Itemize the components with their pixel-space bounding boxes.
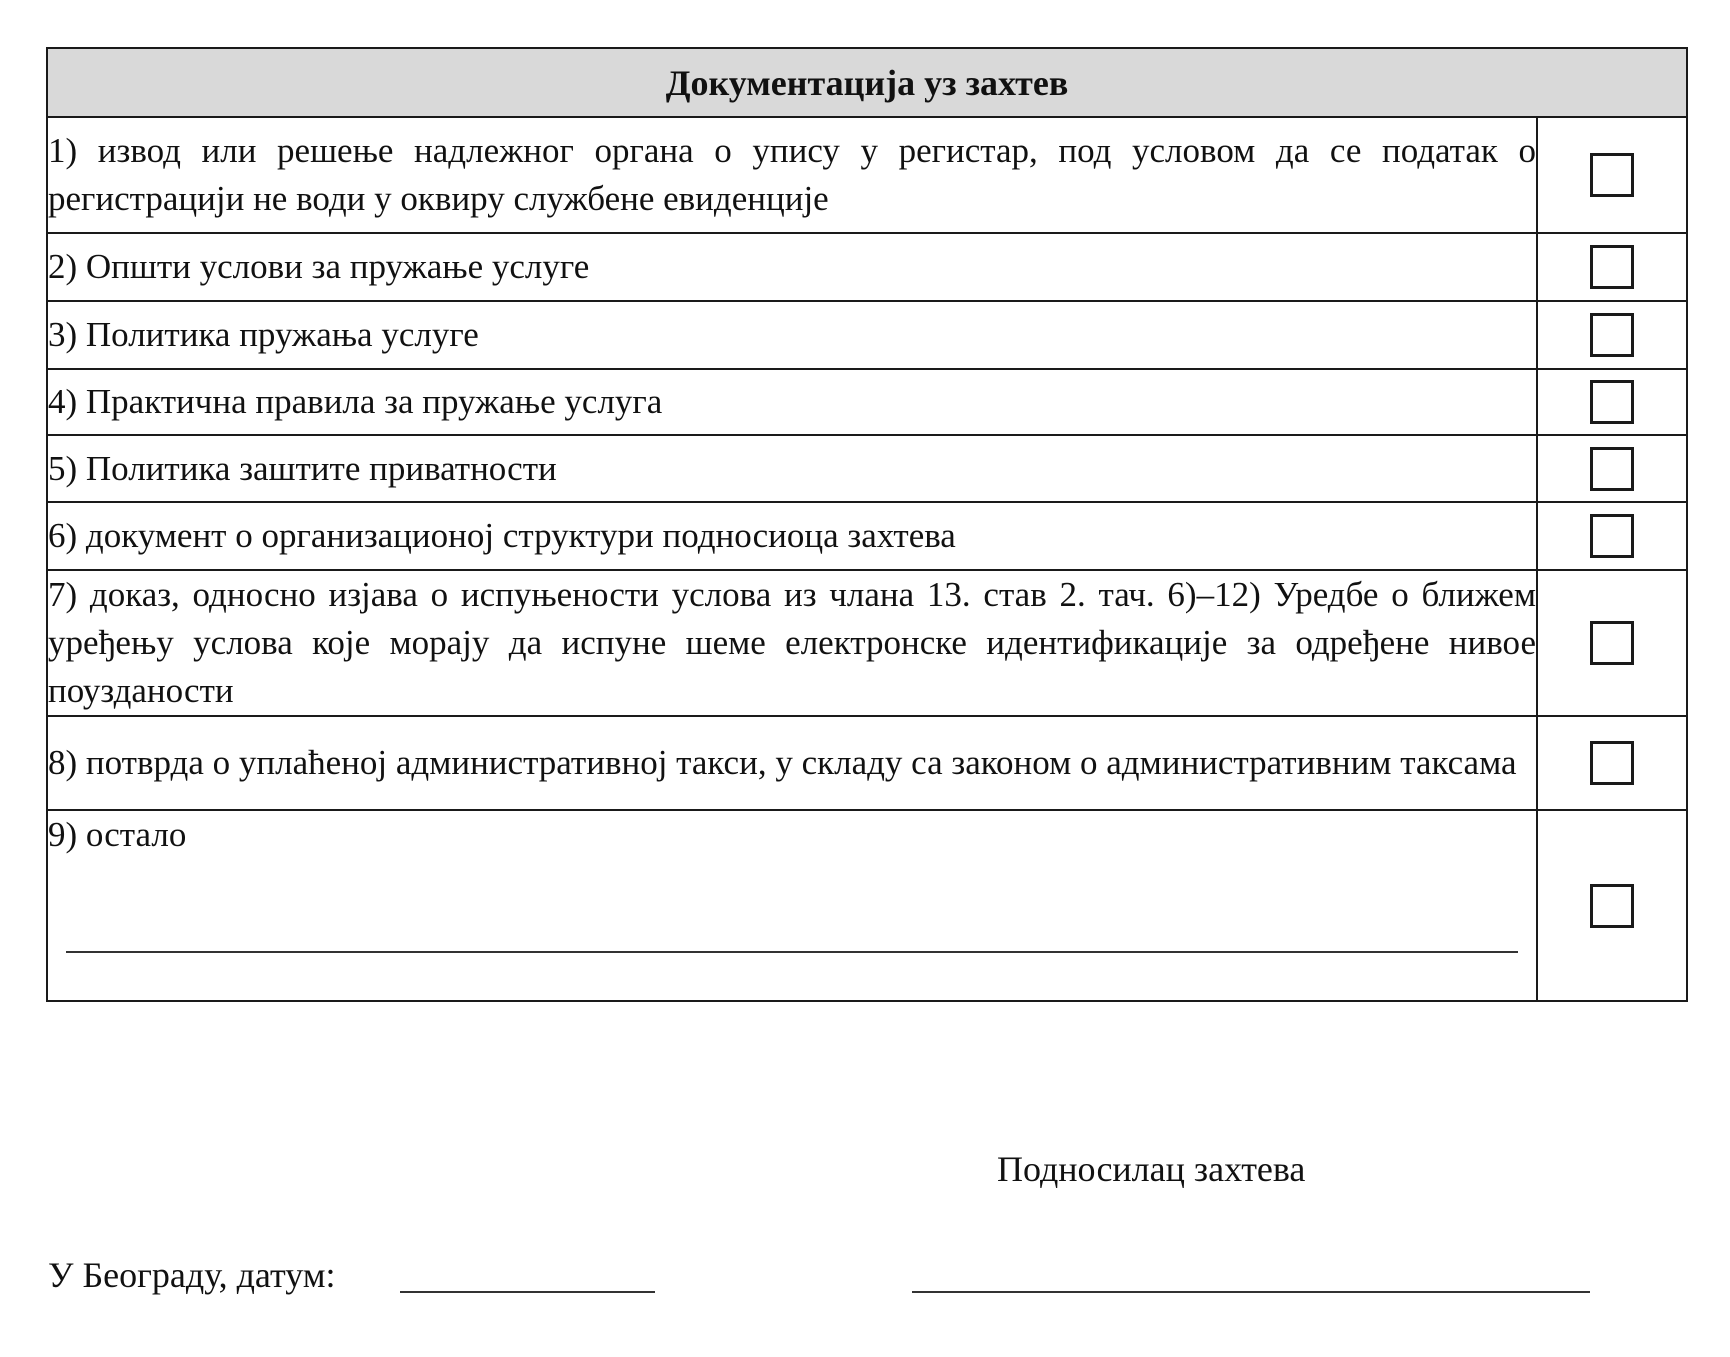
table-row: 5) Политика заштите приватности [47,435,1687,502]
signer-label: Подносилац захтева [997,1148,1305,1190]
item-2-checkbox[interactable] [1590,245,1634,289]
item-7-checkbox[interactable] [1590,621,1634,665]
table-title: Документација уз захтев [47,48,1687,117]
item-label: 7) доказ, односно изјава о испуњености у… [47,570,1537,716]
table-row: 8) потврда о уплаћеној административној … [47,716,1687,810]
item-5-checkbox[interactable] [1590,447,1634,491]
item-label: 4) Практична правила за пружање услуга [47,369,1537,435]
table-row: 7) доказ, односно изјава о испуњености у… [47,570,1687,716]
date-input-line[interactable] [400,1291,655,1293]
table-row: 1) извод или решење надлежног органа о у… [47,117,1687,233]
item-6-checkbox[interactable] [1590,514,1634,558]
other-cell: 9) остало [47,810,1537,1001]
item-1-checkbox[interactable] [1590,153,1634,197]
other-input-line[interactable] [66,951,1518,953]
item-8-checkbox[interactable] [1590,741,1634,785]
table-row: 4) Практична правила за пружање услуга [47,369,1687,435]
item-label: 3) Политика пружања услуге [47,301,1537,369]
item-label: 5) Политика заштите приватности [47,435,1537,502]
item-label: 9) остало [48,811,1536,859]
table-row: 6) документ о организационој структури п… [47,502,1687,570]
table-row: 2) Општи услови за пружање услуге [47,233,1687,301]
place-date-label: У Београду, датум: [48,1254,336,1296]
table-row: 9) остало [47,810,1687,1001]
item-label: 2) Општи услови за пружање услуге [47,233,1537,301]
item-label: 8) потврда о уплаћеној административној … [47,716,1537,810]
signature-line[interactable] [912,1291,1590,1293]
item-9-checkbox[interactable] [1590,884,1634,928]
item-label: 6) документ о организационој структури п… [47,502,1537,570]
table-row: 3) Политика пружања услуге [47,301,1687,369]
item-4-checkbox[interactable] [1590,380,1634,424]
documentation-table: Документација уз захтев 1) извод или реш… [46,47,1688,1002]
item-label: 1) извод или решење надлежног органа о у… [47,117,1537,233]
item-3-checkbox[interactable] [1590,313,1634,357]
